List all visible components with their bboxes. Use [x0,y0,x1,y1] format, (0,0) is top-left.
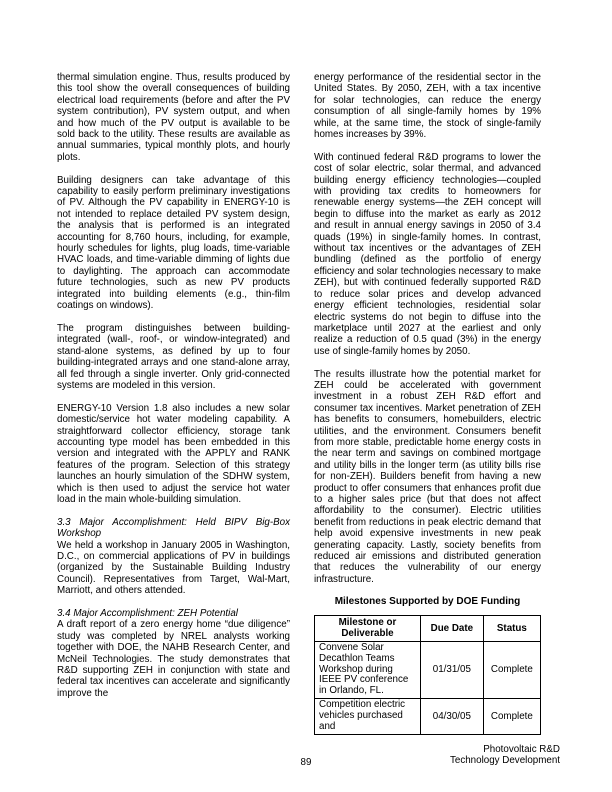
cell-milestone: Competition electric vehicles purchased … [315,699,421,735]
section-heading: 3.3 Major Accomplishment: Held BIPV Big-… [57,517,290,540]
column-header-status: Status [483,616,540,642]
footer-publication-line-1: Photovoltaic R&D [450,744,560,755]
body-paragraph: We held a workshop in January 2005 in Wa… [57,540,290,597]
right-column-text: energy performance of the residential se… [314,72,541,585]
document-page: thermal simulation engine. Thus, results… [0,0,612,792]
body-paragraph: A draft report of a zero energy home “du… [57,619,290,699]
cell-due-date: 04/30/05 [420,699,483,735]
cell-milestone: Convene Solar Decathlon Teams Workshop d… [315,642,421,699]
milestone-row: Convene Solar Decathlon Teams Workshop d… [315,642,541,699]
table-header-row: Milestone or Deliverable Due Date Status [315,616,541,642]
milestones-table: Milestone or Deliverable Due Date Status… [314,615,541,735]
left-column: thermal simulation engine. Thus, results… [57,72,290,699]
column-header-milestone-or-deliverable: Milestone or Deliverable [315,616,421,642]
body-paragraph: With continued federal R&D programs to l… [314,152,541,357]
body-paragraph: Building designers can take advantage of… [57,175,290,312]
footer-publication-line-2: Technology Development [450,755,560,766]
body-paragraph: thermal simulation engine. Thus, results… [57,72,290,163]
column-header-due-date: Due Date [420,616,483,642]
body-paragraph: The program distinguishes between buildi… [57,323,290,391]
milestones-table-title: Milestones Supported by DOE Funding [314,596,541,608]
body-paragraph: energy performance of the residential se… [314,72,541,140]
cell-status: Complete [483,642,540,699]
cell-status: Complete [483,699,540,735]
footer-publication: Photovoltaic R&D Technology Development [450,744,560,766]
right-column: energy performance of the residential se… [314,72,541,735]
body-paragraph: The results illustrate how the potential… [314,369,541,586]
body-paragraph: ENERGY-10 Version 1.8 also includes a ne… [57,403,290,506]
cell-due-date: 01/31/05 [420,642,483,699]
section-heading: 3.4 Major Accomplishment: ZEH Potential [57,608,290,619]
milestone-row: Competition electric vehicles purchased … [315,699,541,735]
